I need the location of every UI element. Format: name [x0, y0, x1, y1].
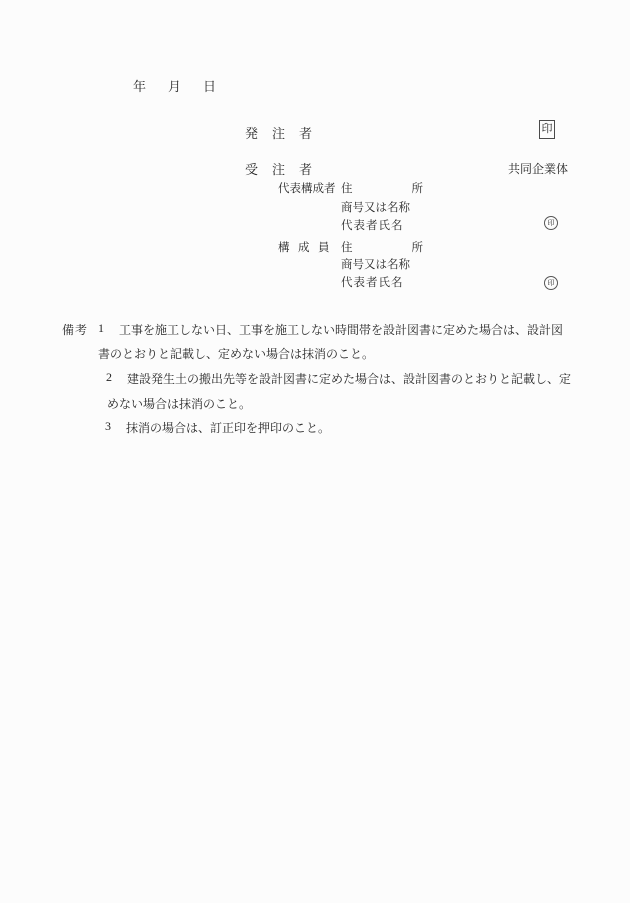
day-label: 日	[203, 76, 216, 95]
note-3-number: 3	[105, 419, 111, 434]
note-1-line-1: 工事を施工しない日、工事を施工しない時間帯を設計図書に定めた場合は、設計図	[119, 321, 563, 338]
joint-venture-label: 共同企業体	[508, 160, 568, 177]
seal-stamp-icon: 印	[548, 220, 555, 227]
orderer-label: 発注者	[245, 123, 326, 142]
member-name-label: 代表者氏名	[341, 274, 404, 290]
member-seal-icon: 印	[544, 276, 558, 290]
orderer-seal-box: 印	[539, 120, 555, 139]
representative-member-address-label: 住所	[341, 180, 482, 196]
note-3-line-1: 抹消の場合は、訂正印を押印のこと。	[126, 419, 330, 436]
member-address-label: 住所	[341, 239, 482, 255]
date-line: 年 月 日	[133, 76, 216, 95]
representative-member-name-label: 代表者氏名	[341, 217, 404, 233]
note-1-line-2: 書のとおりと記載し、定めない場合は抹消のこと。	[98, 345, 374, 362]
note-2-line-2: めない場合は抹消のこと。	[107, 395, 251, 412]
member-role-label: 構成員	[278, 239, 338, 255]
seal-stamp-icon: 印	[548, 280, 555, 287]
note-1-number: 1	[98, 321, 104, 336]
representative-member-trade-name-label: 商号又は名称	[341, 199, 410, 215]
note-2-number: 2	[106, 370, 112, 385]
representative-member-role-label: 代表構成者	[278, 180, 336, 196]
contractor-label: 受注者	[245, 159, 326, 178]
seal-stamp-icon: 印	[542, 124, 553, 135]
representative-member-seal-icon: 印	[544, 216, 558, 230]
notes-heading: 備考	[62, 321, 88, 338]
member-trade-name-label: 商号又は名称	[341, 256, 410, 272]
month-label: 月	[168, 76, 181, 95]
note-2-line-1: 建設発生土の搬出先等を設計図書に定めた場合は、設計図書のとおりと記載し、定	[127, 370, 571, 387]
document-page: 年 月 日 発注者 印 受注者 共同企業体 代表構成者 住所 商号又は名称 代表…	[0, 0, 630, 903]
year-label: 年	[133, 76, 146, 95]
